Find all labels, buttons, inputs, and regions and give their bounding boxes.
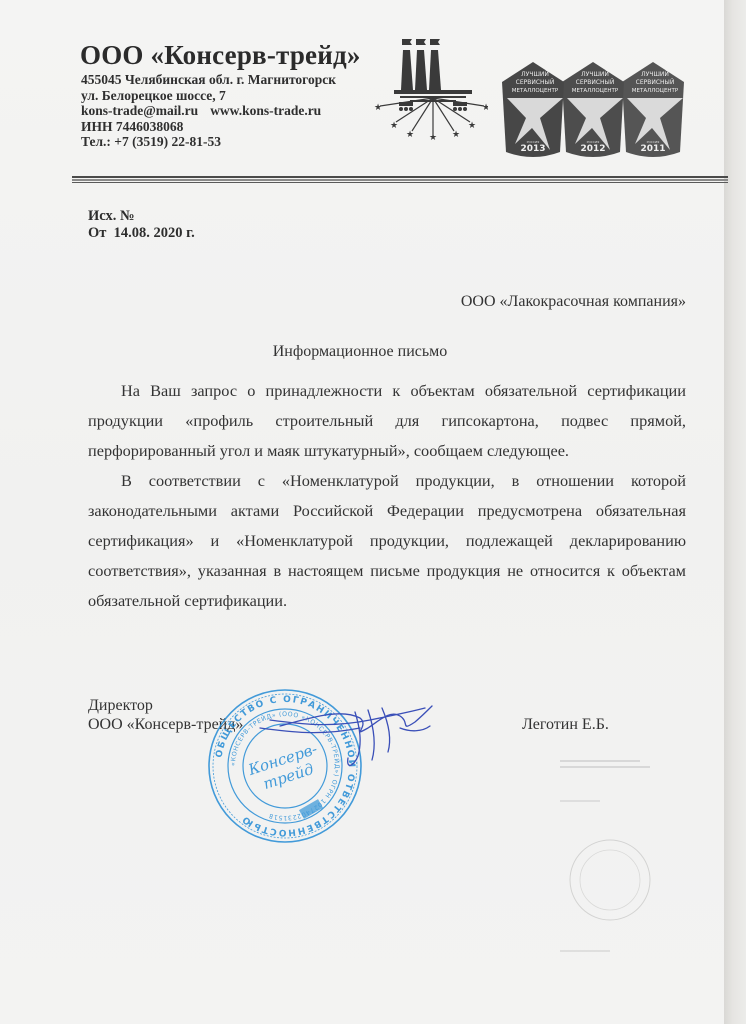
- svg-text:★: ★: [468, 121, 476, 131]
- svg-text:★: ★: [452, 130, 460, 140]
- body-paragraph-1: На Ваш запрос о принадлежности к объекта…: [88, 376, 686, 466]
- inn-line: ИНН 7446038068: [81, 119, 336, 135]
- svg-text:2011: 2011: [640, 144, 665, 154]
- address-line-1: 455045 Челябинская обл. г. Магнитогорск: [81, 72, 336, 88]
- svg-text:СЕРВИСНЫЙ: СЕРВИСНЫЙ: [636, 79, 675, 86]
- svg-text:ЛУЧШИЙ: ЛУЧШИЙ: [521, 71, 549, 78]
- svg-text:2013: 2013: [520, 144, 545, 154]
- website: www.kons-trade.ru: [210, 103, 321, 118]
- svg-text:МЕТАЛЛОЦЕНТР: МЕТАЛЛОЦЕНТР: [512, 88, 559, 94]
- address-line-2: ул. Белорецкое шоссе, 7: [81, 88, 336, 104]
- factory-logo-icon: ★★ ★★ ★★ ★: [372, 36, 488, 140]
- header-divider-mid: [72, 179, 728, 181]
- svg-text:2012: 2012: [580, 144, 605, 154]
- svg-text:МЕТАЛЛОЦЕНТР: МЕТАЛЛОЦЕНТР: [572, 88, 619, 94]
- header-divider-bottom: [72, 182, 728, 183]
- svg-text:★: ★: [482, 103, 488, 113]
- outgoing-number: Исх. №: [88, 208, 195, 225]
- letter-heading-text: Информационное письмо: [273, 343, 448, 360]
- outgoing-reference: Исх. № От 14.08. 2020 г.: [88, 208, 195, 242]
- award-badge-2011: ЛУЧШИЙ СЕРВИСНЫЙ МЕТАЛЛОЦЕНТР РОССИЯ 201…: [622, 62, 684, 157]
- svg-text:СЕРВИСНЫЙ: СЕРВИСНЫЙ: [576, 79, 615, 86]
- contact-line: kons-trade@mail.ruwww.kons-trade.ru: [81, 103, 336, 119]
- outgoing-date: От 14.08. 2020 г.: [88, 225, 195, 242]
- award-badges: ЛУЧШИЙ СЕРВИСНЫЙ МЕТАЛЛОЦЕНТР РОССИЯ 201…: [500, 58, 686, 160]
- show-through-stamp: [560, 760, 710, 970]
- company-name: ООО «Консерв-трейд»: [80, 40, 361, 71]
- svg-text:★: ★: [429, 133, 437, 140]
- handwritten-signature: [250, 698, 435, 770]
- award-badge-2012: ЛУЧШИЙ СЕРВИСНЫЙ МЕТАЛЛОЦЕНТР РОССИЯ 201…: [562, 62, 624, 157]
- svg-text:МЕТАЛЛОЦЕНТР: МЕТАЛЛОЦЕНТР: [632, 88, 679, 94]
- svg-text:★: ★: [406, 130, 414, 140]
- svg-text:★: ★: [374, 103, 382, 113]
- letter-heading: Информационное письмо: [0, 343, 746, 361]
- letter-body: На Ваш запрос о принадлежности к объекта…: [88, 376, 686, 616]
- phone-line: Тел.: +7 (3519) 22-81-53: [81, 134, 336, 150]
- award-badge-2013: ЛУЧШИЙ СЕРВИСНЫЙ МЕТАЛЛОЦЕНТР РОССИЯ 201…: [502, 62, 564, 157]
- scan-page-edge: [724, 0, 746, 1024]
- signatory-name: Леготин Е.Б.: [522, 716, 609, 734]
- svg-text:СЕРВИСНЫЙ: СЕРВИСНЫЙ: [516, 79, 555, 86]
- svg-text:★: ★: [390, 121, 398, 131]
- svg-text:ЛУЧШИЙ: ЛУЧШИЙ: [641, 71, 669, 78]
- header-divider: [72, 176, 728, 178]
- company-details: 455045 Челябинская обл. г. Магнитогорск …: [81, 72, 336, 150]
- email: kons-trade@mail.ru: [81, 103, 198, 118]
- svg-text:ЛУЧШИЙ: ЛУЧШИЙ: [581, 71, 609, 78]
- body-paragraph-2: В соответствии с «Номенклатурой продукци…: [88, 466, 686, 616]
- recipient: ООО «Лакокрасочная компания»: [461, 293, 686, 311]
